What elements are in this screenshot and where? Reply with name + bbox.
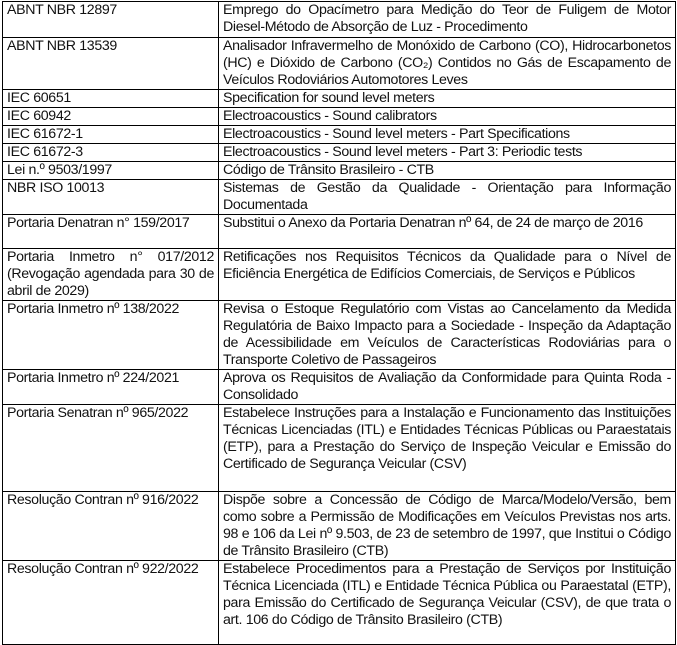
table-row: Lei n.º 9503/1997 Código de Trânsito Bra… <box>3 162 676 180</box>
table-row: IEC 60942 Electroacoustics - Sound calib… <box>3 108 676 126</box>
norm-cell: IEC 61672-1 <box>3 126 219 144</box>
norm-cell: IEC 60651 <box>3 90 219 108</box>
norm-cell: Portaria Inmetro nº 138/2022 <box>3 301 219 370</box>
description-cell: Retificações nos Requisitos Técnicos da … <box>219 249 676 301</box>
norm-cell: Resolução Contran nº 916/2022 <box>3 492 219 561</box>
normative-references-table: ABNT NBR 12897 Emprego do Opacímetro par… <box>2 1 676 637</box>
description-cell: Substitui o Anexo da Portaria Denatran n… <box>219 215 676 249</box>
description-cell: Estabelece Procedimentos para a Prestaçã… <box>219 561 676 638</box>
table-row: Portaria Denatran n° 159/2017 Substitui … <box>3 215 676 249</box>
table-row: NBR ISO 10013 Sistemas de Gestão da Qual… <box>3 180 676 215</box>
norm-cell: Portaria Inmetro nº 224/2021 <box>3 370 219 405</box>
description-cell: Emprego do Opacímetro para Medição do Te… <box>219 2 676 38</box>
norm-cell: ABNT NBR 13539 <box>3 38 219 90</box>
table-row: Portaria Senatran nº 965/2022 Estabelece… <box>3 405 676 492</box>
description-cell: Analisador Infravermelho de Monóxido de … <box>219 38 676 90</box>
table-row: IEC 61672-1 Electroacoustics - Sound lev… <box>3 126 676 144</box>
description-cell: Revisa o Estoque Regulatório com Vistas … <box>219 301 676 370</box>
norm-cell: Lei n.º 9503/1997 <box>3 162 219 180</box>
norm-cell: IEC 60942 <box>3 108 219 126</box>
table-row: Portaria Inmetro n° 017/2012 (Revogação … <box>3 249 676 301</box>
description-cell: Dispõe sobre a Concessão de Código de Ma… <box>219 492 676 561</box>
table-row: ABNT NBR 13539 Analisador Infravermelho … <box>3 38 676 90</box>
description-cell: Estabelece Instruções para a Instalação … <box>219 405 676 492</box>
table-row: IEC 60651 Specification for sound level … <box>3 90 676 108</box>
description-cell: Electroacoustics - Sound level meters - … <box>219 126 676 144</box>
norm-cell: NBR ISO 10013 <box>3 180 219 215</box>
norm-cell: Resolução Contran nº 922/2022 <box>3 561 219 638</box>
norm-cell: IEC 61672-3 <box>3 144 219 162</box>
table-row: ABNT NBR 12897 Emprego do Opacímetro par… <box>3 2 676 38</box>
description-cell: Aprova os Requisitos de Avaliação da Con… <box>219 370 676 405</box>
norm-cell: Portaria Inmetro n° 017/2012 (Revogação … <box>3 249 219 301</box>
description-cell: Sistemas de Gestão da Qualidade - Orient… <box>219 180 676 215</box>
description-cell: Specification for sound level meters <box>219 90 676 108</box>
table-row: IEC 61672-3 Electroacoustics - Sound lev… <box>3 144 676 162</box>
table-row: Resolução Contran nº 916/2022 Dispõe sob… <box>3 492 676 561</box>
norm-cell: ABNT NBR 12897 <box>3 2 219 38</box>
norm-cell: Portaria Denatran n° 159/2017 <box>3 215 219 249</box>
description-cell: Electroacoustics - Sound calibrators <box>219 108 676 126</box>
table-row: Portaria Inmetro nº 138/2022 Revisa o Es… <box>3 301 676 370</box>
table-row: Portaria Inmetro nº 224/2021 Aprova os R… <box>3 370 676 405</box>
description-cell: Electroacoustics - Sound level meters - … <box>219 144 676 162</box>
description-cell: Código de Trânsito Brasileiro - CTB <box>219 162 676 180</box>
table-body: ABNT NBR 12897 Emprego do Opacímetro par… <box>3 2 676 638</box>
norm-cell: Portaria Senatran nº 965/2022 <box>3 405 219 492</box>
table-row: Resolução Contran nº 922/2022 Estabelece… <box>3 561 676 638</box>
